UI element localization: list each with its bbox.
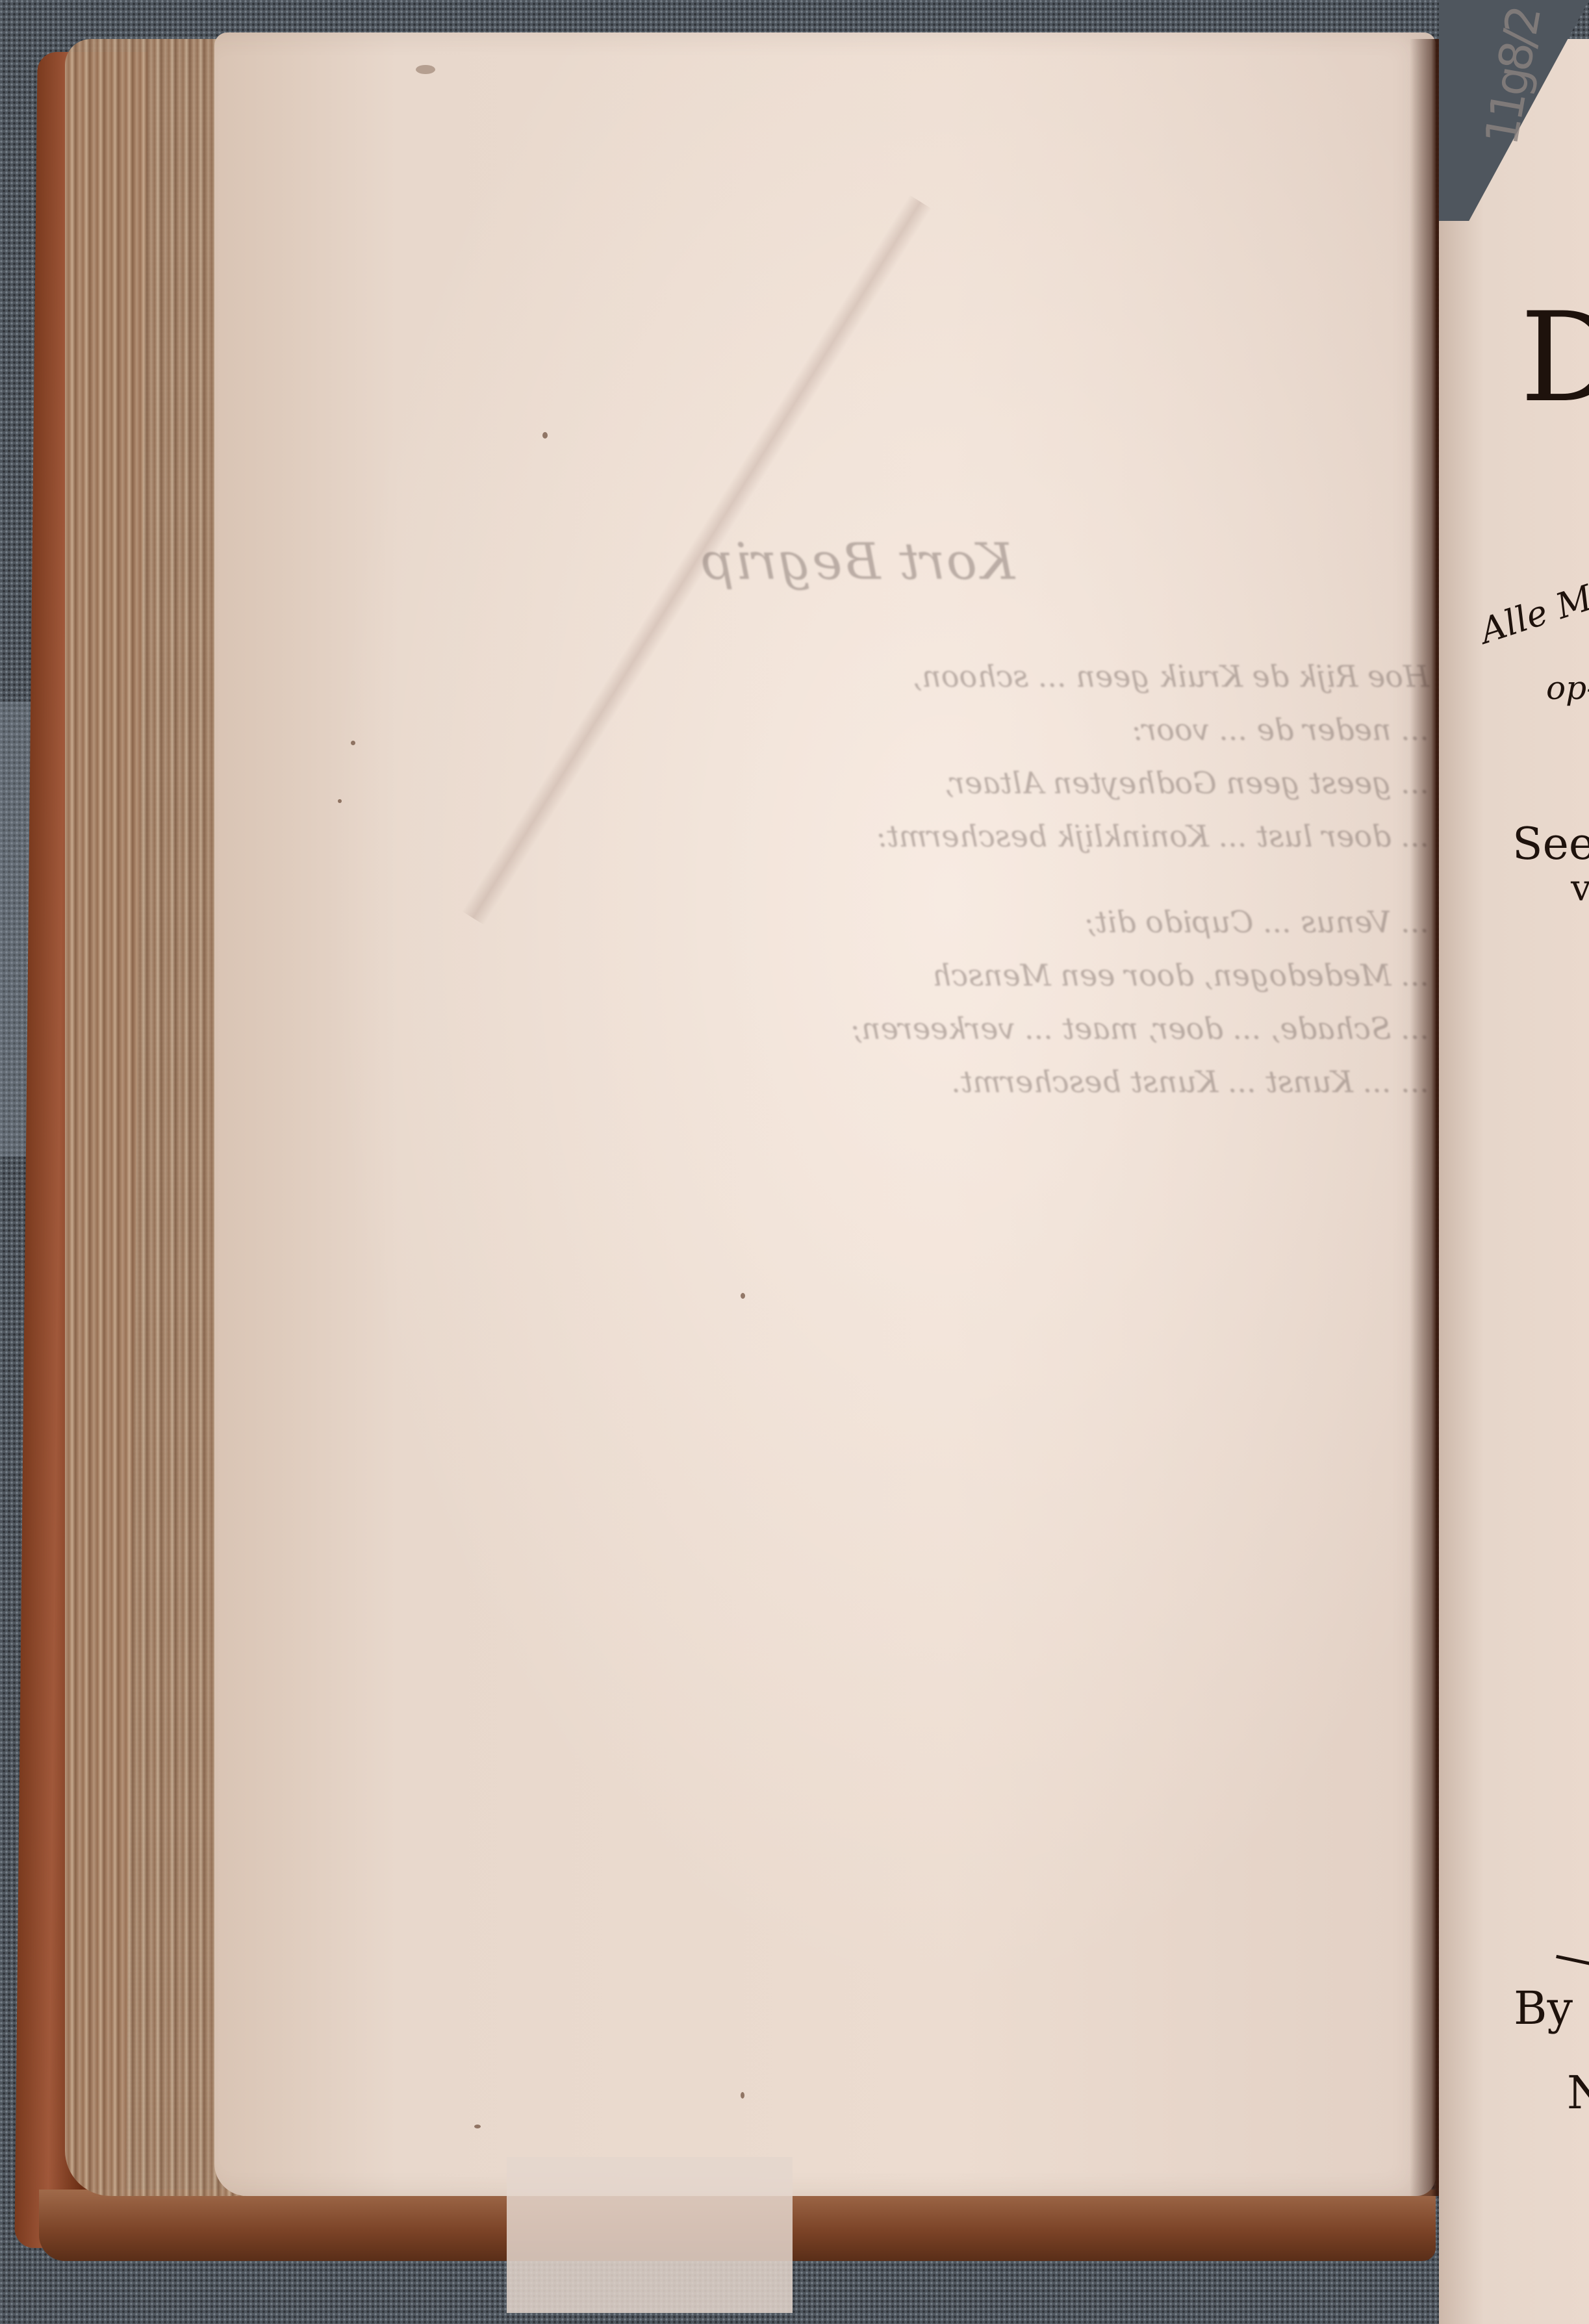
foxing-spot (741, 1293, 745, 1299)
showthrough-line: ... Mededogen, door een Mensch (442, 949, 1429, 1002)
imprint-by: By C (1514, 1982, 1589, 2035)
foxing-spot (474, 2125, 481, 2128)
paper-patch (507, 2157, 793, 2313)
showthrough-line: ... neder de ... voor: (442, 703, 1429, 756)
showthrough-line: Hoe Rijk de Kruik geen ... schoon, (442, 650, 1429, 703)
showthrough-line: ... Schade, ... doer, maet ... verkeeren… (442, 1002, 1429, 1055)
showthrough-title: Kort Begrip (442, 533, 1429, 591)
title-line-ve: ve (1571, 867, 1589, 910)
foxing-spot (416, 65, 435, 74)
showthrough-line: ... ... Kunst ... Kunst beschermt. (442, 1055, 1429, 1108)
imprint-n: N (1567, 2066, 1589, 2119)
title-initial: D (1520, 286, 1589, 429)
foxing-spot (741, 2092, 744, 2099)
showthrough-line: ... Venus ... Cupido dit; (442, 895, 1429, 949)
title-line-op: op- (1546, 669, 1589, 707)
foxing-spot (338, 799, 342, 803)
title-line-seer: Seer (1512, 819, 1589, 870)
showthrough-line: ... doer lust ... Koninklijk beschermt: (442, 810, 1429, 863)
foxing-spot (542, 432, 548, 439)
mirrored-showthrough-text: Kort Begrip Hoe Rijk de Kruik geen ... s… (442, 533, 1429, 1108)
foxing-spot (351, 741, 355, 745)
showthrough-line: ... geest geen Godheyten Altaer, (442, 756, 1429, 810)
